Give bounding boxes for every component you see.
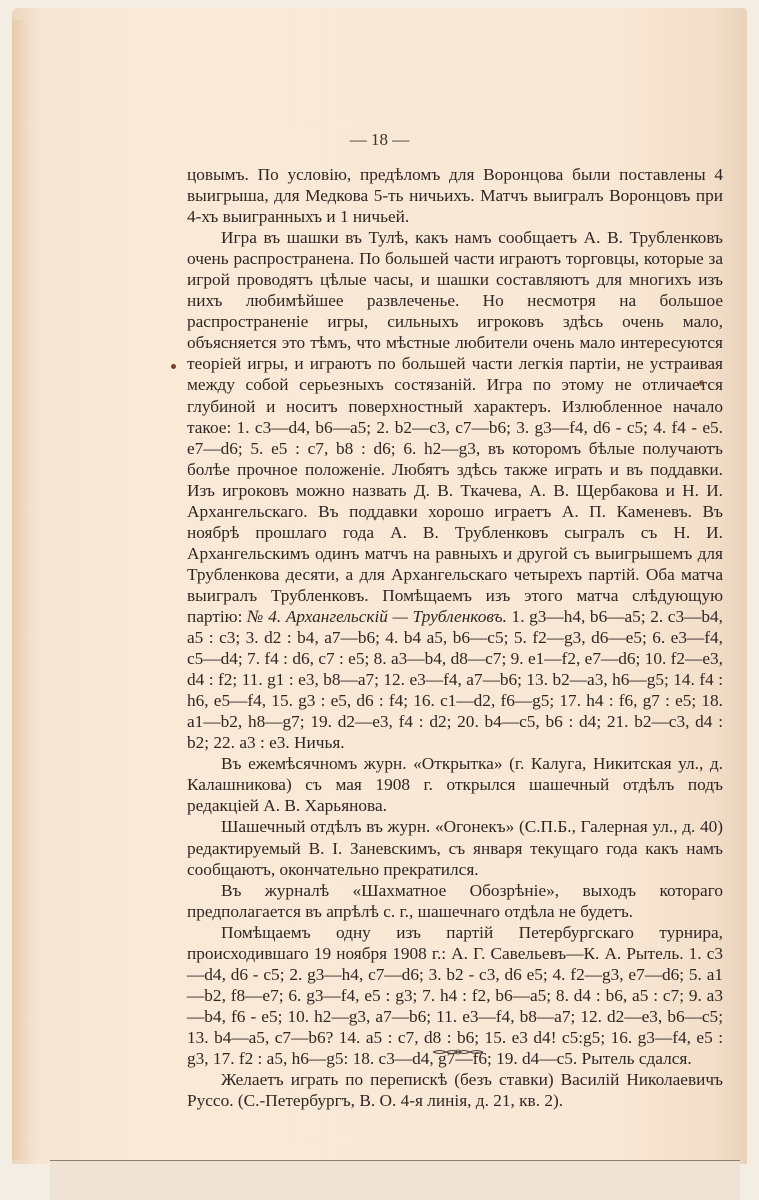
paragraph-7: Желаетъ играть по перепискѣ (безъ ставки…: [187, 1069, 723, 1111]
ink-spot: [699, 380, 704, 386]
game-moves: 1. g3—h4, b6—a5; 2. c3—b4, a5 : c3; 3. d…: [187, 607, 723, 752]
page-number: — 18 —: [0, 130, 759, 150]
page-edge-shadow: [12, 20, 28, 1160]
ink-spot: [171, 364, 176, 369]
tailpiece-ornament-icon: [432, 1047, 484, 1057]
body-text: цовымъ. По условію, предѣломъ для Воронц…: [187, 164, 723, 1111]
paragraph-3: Въ ежемѣсячномъ журн. «Открытка» (г. Кал…: [187, 753, 723, 816]
paragraph-2-text: Игра въ шашки въ Тулѣ, какъ намъ сообщае…: [187, 228, 723, 626]
next-page-edge: [50, 1160, 740, 1200]
game-title: № 4. Архангельскій — Трубленковъ.: [247, 607, 507, 626]
paragraph-1: цовымъ. По условію, предѣломъ для Воронц…: [187, 164, 723, 227]
paragraph-5: Въ журналѣ «Шахматное Обозрѣніе», выходъ…: [187, 880, 723, 922]
paragraph-2: Игра въ шашки въ Тулѣ, какъ намъ сообщае…: [187, 227, 723, 753]
paragraph-4: Шашечный отдѣлъ въ журн. «Огонекъ» (С.П.…: [187, 816, 723, 879]
